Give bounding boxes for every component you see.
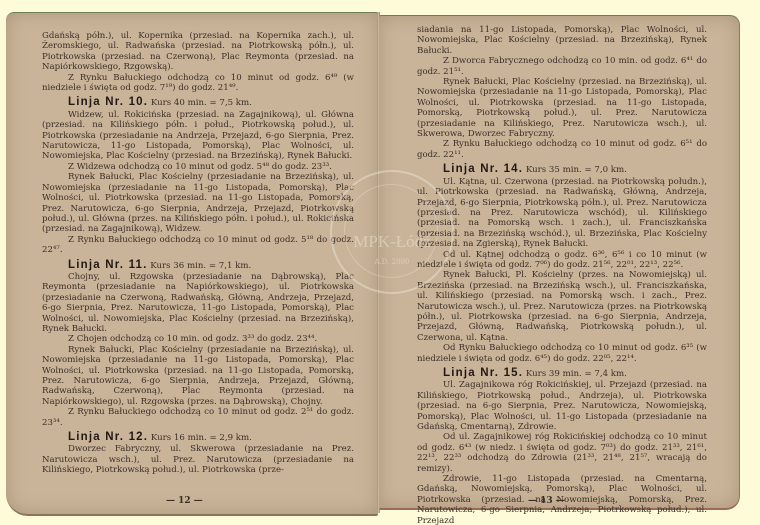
linja-12-heading: Linja Nr. 12. Kurs 16 min. = 2,9 km. <box>68 432 354 443</box>
page-number: — 12 — <box>166 496 203 506</box>
schedule-paragraph: Z Rynku Bałuckiego odchodzą co 10 minut … <box>42 407 354 428</box>
linja-11-heading: Linja Nr. 11. Kurs 36 min. = 7,1 km. <box>68 260 354 271</box>
open-booklet: Gdańską półn.), ul. Kopernika (przesiad.… <box>6 12 744 513</box>
route-paragraph: Ul. Kątna, ul. Czerwona (przesiad. na Pi… <box>417 177 707 250</box>
route-paragraph: Dworzec Fabryczny, ul. Skwerowa (przesia… <box>42 444 354 475</box>
linja-title: Linja Nr. 11. <box>68 259 148 271</box>
paragraph: Z Rynku Bałuckiego odchodzą co 10 minut … <box>42 73 354 94</box>
page-number: — 13 — <box>528 496 565 506</box>
schedule-paragraph: Z Chojen odchodzą co 10 min. od godz. 3³… <box>42 334 354 344</box>
schedule-paragraph: Z Rynku Bałuckiego odchodzą co 10 minut … <box>42 235 354 256</box>
paragraph: siadania na 11-go Listopada, Pomorską), … <box>417 25 707 56</box>
linja-kurs: Kurs 36 min. = 7,1 km. <box>150 261 251 271</box>
linja-10-heading: Linja Nr. 10. Kurs 40 min. = 7,5 km. <box>68 97 354 108</box>
route-paragraph: Ul. Zagajnikowa róg Rokicińskiej, ul. Pr… <box>417 380 707 432</box>
linja-title: Linja Nr. 10. <box>68 96 148 108</box>
schedule-paragraph: Od Rynku Bałuckiego odchodzą co 10 minut… <box>417 343 707 364</box>
route-paragraph: Rynek Bałucki, Plac Kościelny (przesiad.… <box>417 77 707 139</box>
route-paragraph: Chojny, ul. Rzgowska (przesiadanie na Dą… <box>42 272 354 334</box>
linja-title: Linja Nr. 15. <box>443 367 523 379</box>
linja-14-heading: Linja Nr. 14. Kurs 35 min. = 7,0 km. <box>443 164 707 175</box>
route-paragraph: Rynek Bałucki, Plac Kościelny (przesiada… <box>42 345 354 407</box>
schedule-paragraph: Z Dworca Fabrycznego odchodzą co 10 min.… <box>417 56 707 77</box>
schedule-paragraph: Od ul. Kątnej odchodzą o godz. 6³⁶, 6⁵⁶ … <box>417 250 707 271</box>
left-page-text: Gdańską półn.), ul. Kopernika (przesiad.… <box>42 31 354 476</box>
left-page: Gdańską półn.), ul. Kopernika (przesiad.… <box>6 12 378 516</box>
linja-kurs: Kurs 39 min. = 7,4 km. <box>526 369 627 379</box>
paragraph: Gdańską półn.), ul. Kopernika (przesiad.… <box>42 31 354 73</box>
route-paragraph: Rynek Bałucki, Pl. Kościelny (przes. na … <box>417 270 707 343</box>
route-paragraph: Rynek Bałucki, Plac Kościelny (przesiada… <box>42 172 354 234</box>
right-page-text: siadania na 11-go Listopada, Pomorską), … <box>417 25 707 525</box>
linja-kurs: Kurs 40 min. = 7,5 km. <box>151 98 252 108</box>
route-paragraph: Widzew, ul. Rokicińska (przesiad. na Zag… <box>42 110 354 162</box>
right-page: siadania na 11-go Listopada, Pomorską), … <box>379 15 740 510</box>
schedule-paragraph: Z Rynku Bałuckiego odchodzą co 10 minut … <box>417 139 707 160</box>
linja-title: Linja Nr. 12. <box>68 431 148 443</box>
linja-kurs: Kurs 35 min. = 7,0 km. <box>526 165 627 175</box>
schedule-paragraph: Od ul. Zagajnikowej róg Rokicińskiej odc… <box>417 432 707 474</box>
linja-15-heading: Linja Nr. 15. Kurs 39 min. = 7,4 km. <box>443 368 707 379</box>
linja-title: Linja Nr. 14. <box>443 163 523 175</box>
schedule-paragraph: Z Widzewa odchodzą co 10 minut od godz. … <box>42 162 354 172</box>
linja-kurs: Kurs 16 min. = 2,9 km. <box>151 433 252 443</box>
